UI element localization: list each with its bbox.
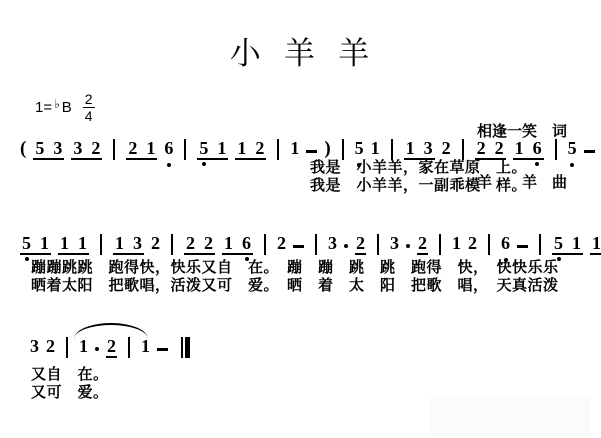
lyric-row: 又自 在。 [31,366,109,383]
note-2: 2 [355,234,366,255]
note-1: 1 [237,139,246,157]
duration-dash [517,245,528,248]
duration-dash [584,150,595,153]
note-3: 3 [73,139,82,157]
note-1: 1 [371,139,380,160]
note-1: 1 [515,139,524,157]
note-2: 2 [255,139,264,157]
beam-group: 51 [20,234,51,255]
music-line-2: 51111322216232321265112 [20,229,601,255]
time-signature: 2 4 [83,92,95,123]
low-octave-dot [202,162,206,166]
low-octave-dot [25,257,29,261]
note-2: 2 [46,337,55,358]
note-1: 1 [572,234,581,252]
note-1: 1 [217,139,226,157]
note-3: 3 [328,234,337,255]
augmentation-dot [344,244,348,248]
tonic-prefix: 1= [35,100,52,115]
barline [315,234,317,255]
note-2: 2 [204,234,213,252]
beam-group: 12 [590,234,601,255]
barline [462,139,464,160]
beam-group: 51 [552,234,583,255]
low-octave-dot [535,162,539,166]
barline [100,234,102,255]
note-2: 2 [495,139,504,157]
note-2: 2 [186,234,195,252]
beam-group: 22 [475,139,506,160]
note-6: 6 [164,139,173,160]
flat-sign-icon: ♭ [54,98,60,110]
note-2: 2 [128,139,137,157]
barline [342,139,344,160]
note-6: 6 [501,234,510,255]
barline [66,337,68,358]
note-1: 1 [406,139,415,157]
barline [264,234,266,255]
beam-group: 16 [513,139,544,160]
note-3: 3 [53,139,62,157]
note-2: 2 [151,234,160,255]
note-1: 1 [452,234,461,255]
note-2: 2 [468,234,477,255]
note-5: 5 [355,139,364,160]
meter-numerator: 2 [83,92,95,108]
note-5: 5 [554,234,563,252]
meter-denominator: 4 [85,108,93,123]
note-2: 2 [91,139,100,157]
key-letter: B [62,100,72,115]
barline [377,234,379,255]
barline [539,234,541,255]
beam-group: 13 [113,234,144,255]
note-1: 1 [592,234,601,252]
note-1: 1 [79,337,88,358]
duration-dash [306,150,317,153]
duration-dash [157,348,168,351]
sheet-music-page: 小 羊 羊 1=♭B 2 4 相逢一笑 词 羊 羊 曲 (53322165112… [0,0,601,438]
beam-group: 12 [235,139,266,160]
beam-group: 22 [184,234,215,255]
note-3: 3 [390,234,399,255]
song-title: 小 羊 羊 [0,28,601,73]
parenthesis: ) [324,139,330,160]
note-1: 1 [141,337,150,358]
note-3: 3 [133,234,142,252]
beam-group: 51 [197,139,228,160]
lyric-row: 晒着太阳 把歌唱，活泼又可 爱。 晒 着 太 阳 把歌 唱， 天真活泼 [31,277,559,294]
note-3: 3 [424,139,433,157]
duration-dash [293,245,304,248]
note-5: 5 [35,139,44,157]
barline [171,234,173,255]
parenthesis: ( [20,139,26,160]
final-barline [181,337,190,358]
note-2: 2 [442,139,451,160]
barline [184,139,186,160]
note-1: 1 [115,234,124,252]
note-1: 1 [290,139,299,160]
note-5: 5 [568,139,577,160]
beam-group: 16 [222,234,253,255]
note-2: 2 [417,234,428,255]
beam-group: 13 [404,139,435,160]
low-octave-dot [570,163,574,167]
low-octave-dot [167,163,171,167]
beam-group: 21 [126,139,157,160]
music-line-1: (533221651121)5113222165 [20,134,601,160]
note-6: 6 [533,139,542,157]
barline [128,337,130,358]
beam-group: 53 [33,139,64,160]
augmentation-dot [95,347,99,351]
note-5: 5 [22,234,31,252]
music-line-3: 32121 [30,332,190,358]
barline [277,139,279,160]
tie-slur [74,323,148,339]
beam-group: 11 [58,234,89,255]
lyric-row: 我是 小羊羊，家在草原 上。 [310,159,527,176]
note-6: 6 [242,234,251,252]
note-1: 1 [40,234,49,252]
note-1: 1 [78,234,87,252]
final-thin-line [181,337,183,358]
lyric-row: 蹦蹦跳跳 跑得快，快乐又自 在。 蹦 蹦 跳 跳 跑得 快， 快快乐乐 [31,259,559,276]
lyric-row: 又可 爱。 [31,384,109,401]
note-3: 3 [30,337,39,358]
beam-group: 32 [71,139,102,160]
barline [439,234,441,255]
barline [391,139,393,160]
augmentation-dot [406,244,410,248]
note-1: 1 [224,234,233,252]
note-2: 2 [477,139,486,157]
note-1: 1 [146,139,155,157]
final-thick-line [185,337,190,358]
key-signature: 1=♭B 2 4 [35,92,95,123]
note-5: 5 [199,139,208,157]
scan-artifact [430,396,590,436]
note-1: 1 [60,234,69,252]
note-2: 2 [277,234,286,255]
note-2: 2 [106,337,117,358]
barline [488,234,490,255]
barline [555,139,557,160]
barline [113,139,115,160]
lyric-row: 我是 小羊羊，一副乖模 样。 [310,177,527,194]
